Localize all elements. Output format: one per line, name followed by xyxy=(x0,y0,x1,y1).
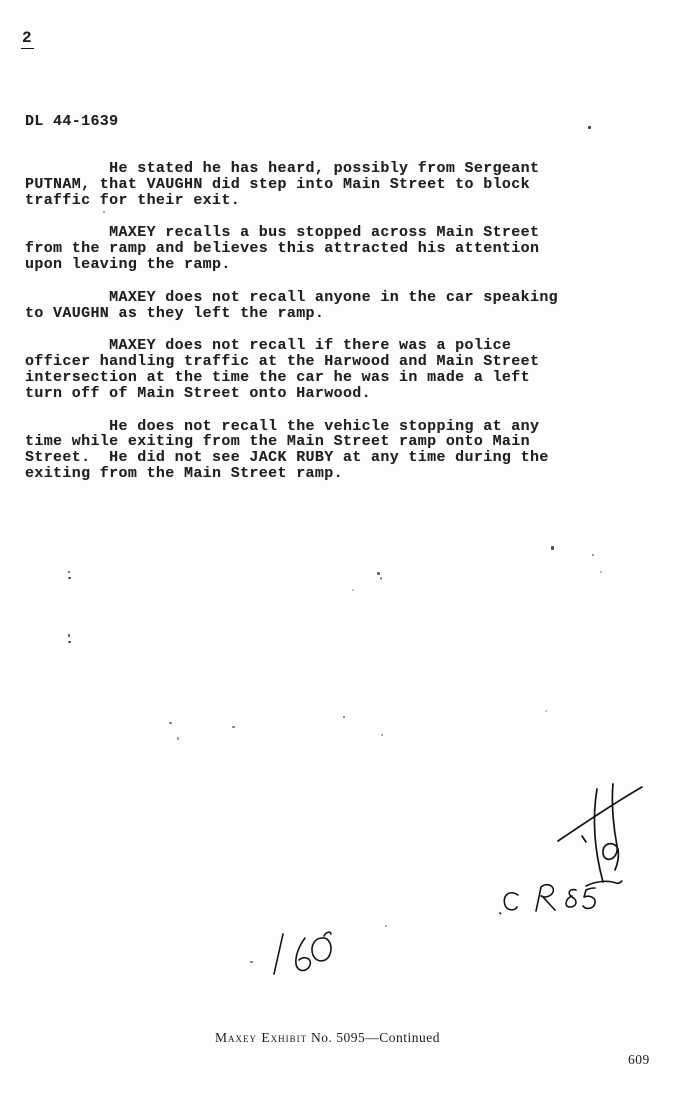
handwritten-page-marker xyxy=(252,922,362,982)
typed-line: MAXEY does not recall if there was a pol… xyxy=(25,338,625,354)
typed-line: to VAUGHN as they left the ramp. xyxy=(25,306,625,322)
scan-speck xyxy=(588,126,591,129)
typed-line: He does not recall the vehicle stopping … xyxy=(25,419,625,435)
typed-line: time while exiting from the Main Street … xyxy=(25,434,625,450)
typed-line: intersection at the time the car he was … xyxy=(25,370,625,386)
exhibit-caption: Maxey Exhibit No. 5095—Continued xyxy=(215,1030,440,1046)
scan-speck xyxy=(377,572,380,575)
typed-line: traffic for their exit. xyxy=(25,193,625,209)
typed-line: He stated he has heard, possibly from Se… xyxy=(25,161,625,177)
scan-speck xyxy=(232,726,235,728)
scan-speck xyxy=(551,546,554,550)
scan-speck xyxy=(592,554,594,556)
scan-speck xyxy=(352,589,354,591)
scan-speck xyxy=(177,737,179,740)
scan-speck xyxy=(250,961,253,963)
typed-line: exiting from the Main Street ramp. xyxy=(25,466,625,482)
page-number-bottom: 609 xyxy=(628,1052,650,1068)
typed-line: Street. He did not see JACK RUBY at any … xyxy=(25,450,625,466)
typed-line: MAXEY does not recall anyone in the car … xyxy=(25,290,625,306)
typed-line: from the ramp and believes this attracte… xyxy=(25,241,625,257)
typed-line: officer handling traffic at the Harwood … xyxy=(25,354,625,370)
paragraph: MAXEY recalls a bus stopped across Main … xyxy=(25,225,625,272)
scan-speck xyxy=(68,571,70,573)
page-number-top: 2 xyxy=(21,29,34,49)
scan-speck xyxy=(381,734,383,736)
paragraph: He does not recall the vehicle stopping … xyxy=(25,419,625,482)
scan-speck xyxy=(68,577,71,579)
typed-paragraphs: He stated he has heard, possibly from Se… xyxy=(25,161,625,499)
scan-speck xyxy=(600,571,602,573)
scan-speck xyxy=(169,722,172,724)
paragraph: MAXEY does not recall anyone in the car … xyxy=(25,290,625,322)
scan-speck xyxy=(380,577,382,580)
paragraph: MAXEY does not recall if there was a pol… xyxy=(25,338,625,401)
scan-speck xyxy=(68,641,71,643)
file-number: DL 44-1639 xyxy=(25,113,119,130)
scan-speck xyxy=(385,925,387,927)
scan-speck xyxy=(103,211,105,213)
exhibit-caption-rest: No. 5095—Continued xyxy=(307,1030,440,1045)
exhibit-caption-name: Maxey Exhibit xyxy=(215,1030,307,1045)
scan-speck xyxy=(545,710,547,712)
scan-speck xyxy=(68,634,70,637)
paragraph: He stated he has heard, possibly from Se… xyxy=(25,161,625,208)
typed-line: MAXEY recalls a bus stopped across Main … xyxy=(25,225,625,241)
handwritten-cr-note xyxy=(496,878,636,926)
typed-line: upon leaving the ramp. xyxy=(25,257,625,273)
typed-line: turn off of Main Street onto Harwood. xyxy=(25,386,625,402)
typed-line: PUTNAM, that VAUGHN did step into Main S… xyxy=(25,177,625,193)
scanned-document-page: 2 DL 44-1639 He stated he has heard, pos… xyxy=(0,0,691,1094)
scan-speck xyxy=(343,716,345,718)
